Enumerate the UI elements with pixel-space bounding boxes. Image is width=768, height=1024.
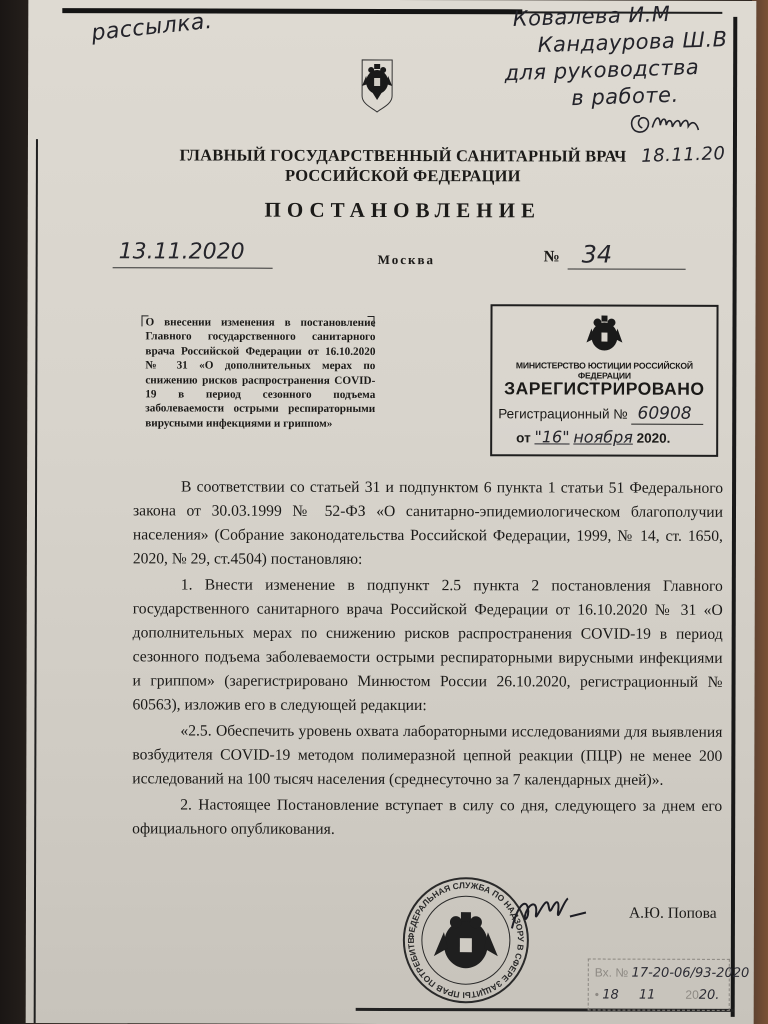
document-number-field: 34 bbox=[568, 240, 686, 269]
incoming-date-row: • 18 11 2020. bbox=[595, 988, 720, 1003]
document-page: рассылка. Ковалева И.М Кандаурова Ш.В дл… bbox=[26, 0, 757, 1024]
item-2-paragraph: 2. Настоящее Постановление вступает в си… bbox=[132, 793, 722, 843]
frame-top-line bbox=[62, 8, 522, 14]
coat-of-arms-icon bbox=[360, 58, 394, 114]
incoming-number-row: Вх. № 17-20-06/93-2020 bbox=[595, 966, 750, 981]
document-city: Москва bbox=[378, 252, 435, 268]
resolution-signature bbox=[626, 106, 747, 143]
document-subject: О внесении изменения в постановление Гла… bbox=[145, 315, 375, 431]
incoming-month: 11 bbox=[639, 988, 656, 1003]
handwritten-signature-icon bbox=[626, 108, 707, 137]
document-date-field: 13.11.2020 bbox=[113, 239, 273, 268]
stamp-registration-date-line: от "16" ноября 2020. bbox=[516, 427, 670, 446]
handwritten-note-distribution: рассылка. bbox=[90, 9, 213, 46]
incoming-number: 17-20-06/93-2020 bbox=[632, 966, 750, 981]
incoming-registration-stamp: Вх. № 17-20-06/93-2020 • 18 11 2020. bbox=[588, 959, 730, 1011]
signature-icon bbox=[508, 894, 588, 934]
issuing-authority-line: ГЛАВНЫЙ ГОСУДАРСТВЕННЫЙ САНИТАРНЫЙ ВРАЧ bbox=[108, 145, 698, 167]
stamp-date-day: "16" bbox=[534, 427, 569, 446]
document-type-title: ПОСТАНОВЛЕНИЕ bbox=[108, 197, 698, 224]
stamp-date-year: 2020. bbox=[637, 431, 671, 446]
signer-name: А.Ю. Попова bbox=[629, 905, 717, 923]
stamp-registration-number: 60908 bbox=[632, 404, 704, 425]
issuing-authority-line: РОССИЙСКОЙ ФЕДЕРАЦИИ bbox=[108, 165, 698, 187]
preamble-paragraph: В соответствии со статьей 31 и подпункто… bbox=[133, 475, 723, 573]
stamp-coat-of-arms-icon bbox=[586, 315, 622, 355]
document-number: 34 bbox=[582, 240, 613, 268]
incoming-number-label: Вх. № bbox=[595, 966, 628, 980]
frame-left-line bbox=[34, 139, 38, 1023]
stamp-date-prefix: от bbox=[516, 430, 531, 445]
document-body: В соответствии со статьей 31 и подпункто… bbox=[132, 475, 723, 843]
issuing-authority: ГЛАВНЫЙ ГОСУДАРСТВЕННЫЙ САНИТАРНЫЙ ВРАЧ … bbox=[108, 145, 698, 187]
stamp-registered-status: ЗАРЕГИСТРИРОВАНО bbox=[492, 378, 716, 400]
stamp-registration-number-label: Регистрационный № bbox=[498, 406, 628, 421]
ministry-of-justice-registration-stamp: МИНИСТЕРСТВО ЮСТИЦИИ РОССИЙСКОЙ ФЕДЕРАЦИ… bbox=[490, 304, 718, 457]
item-1-quoted-text: «2.5. Обеспечить уровень охвата лаборато… bbox=[132, 719, 722, 793]
document-number-label: № bbox=[544, 248, 560, 266]
incoming-year: 20. bbox=[699, 988, 720, 1003]
stamp-date-month: ноября bbox=[573, 427, 633, 446]
item-1-paragraph: 1. Внести изменение в подпункт 2.5 пункт… bbox=[132, 573, 722, 719]
stamp-registration-number-line: Регистрационный № 60908 bbox=[498, 403, 714, 425]
incoming-year-prefix: 20 bbox=[685, 988, 698, 1002]
document-date: 13.11.2020 bbox=[119, 239, 245, 264]
incoming-day: 18 bbox=[602, 988, 619, 1003]
